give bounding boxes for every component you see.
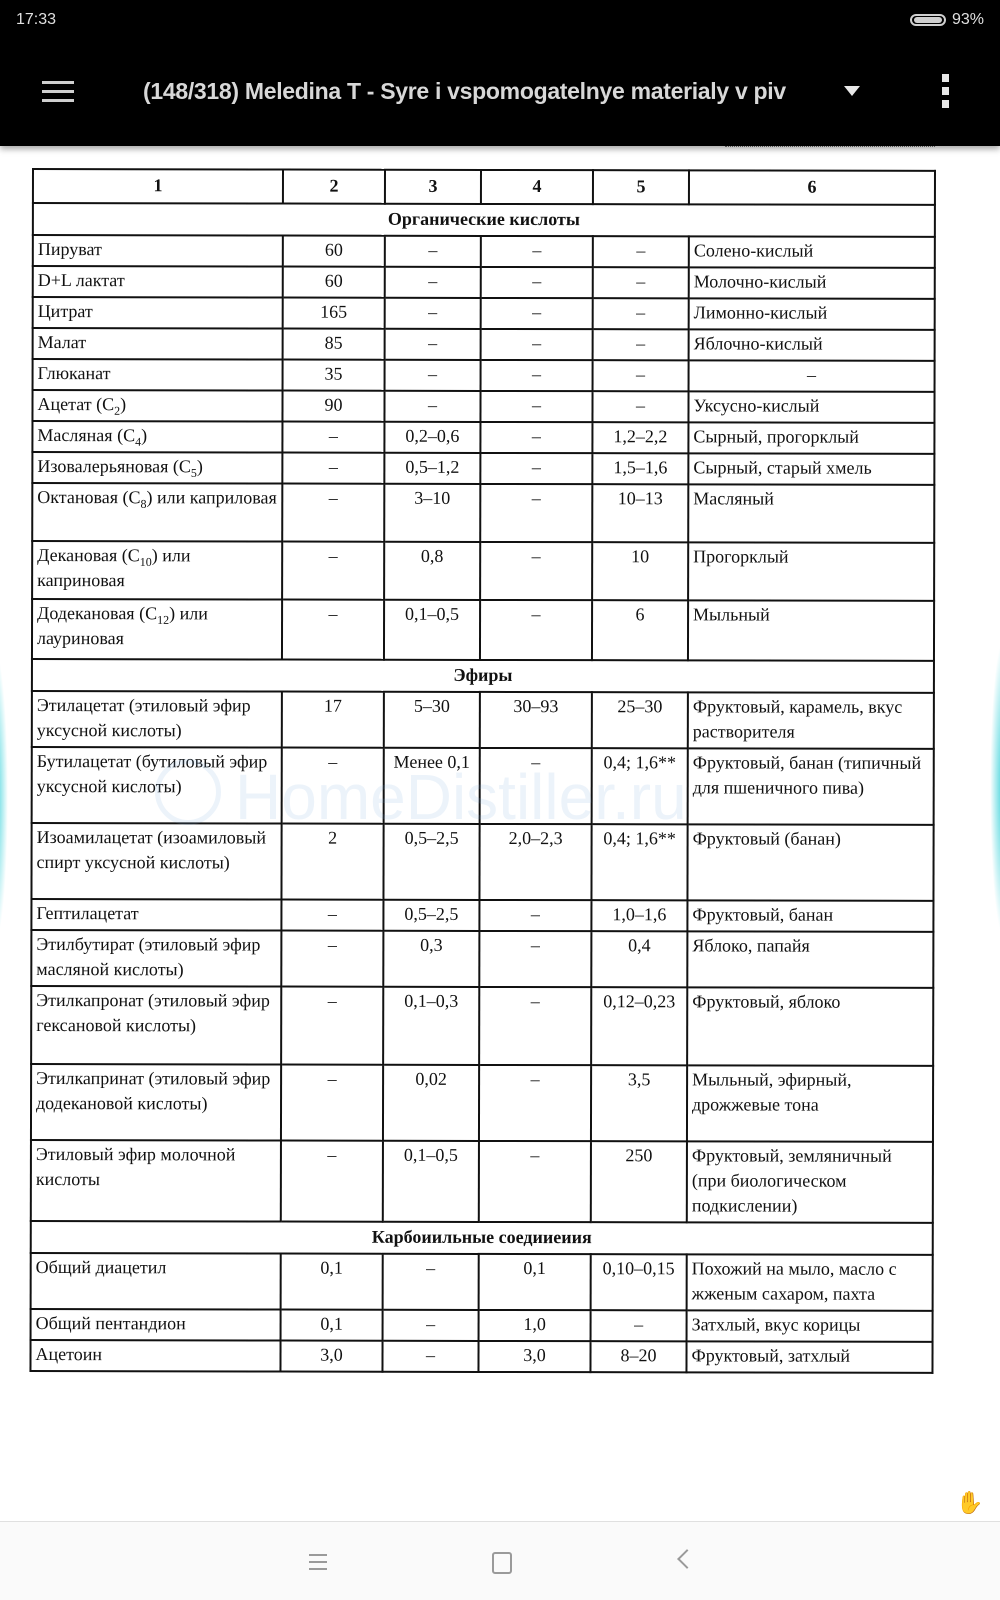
compound-name-suffix: ) xyxy=(141,425,147,445)
value-cell-c3: 0,1–0,5 xyxy=(383,1141,479,1222)
value-cell-c2: – xyxy=(282,600,384,660)
compound-name: Гептилацетат xyxy=(31,899,281,931)
value-cell-c5: – xyxy=(593,298,689,329)
value-cell-c2: 60 xyxy=(283,236,385,267)
edge-glow-left xyxy=(0,646,8,946)
value-cell-c5: – xyxy=(592,391,688,422)
table-row: Ацетат (C2)90–––Уксусно-кислый xyxy=(32,390,934,423)
value-cell-c3: 0,8 xyxy=(384,542,480,600)
value-cell-c2: – xyxy=(282,422,384,453)
value-cell-c2: 90 xyxy=(282,391,384,422)
column-header: 2 xyxy=(283,170,385,204)
vertical-dots-icon[interactable] xyxy=(940,74,950,110)
section-title: Карбоиильные соедииеиия xyxy=(31,1221,933,1255)
compound-name-text: Бутилацетат (бутиловый эфир уксусной кис… xyxy=(37,751,268,796)
value-cell-c5: 10 xyxy=(592,542,688,600)
flavor-description: Сырный, прогорклый xyxy=(688,422,934,454)
table-row: Цитрат165–––Лимонно-кислый xyxy=(33,297,935,330)
value-cell-c2: – xyxy=(281,1065,383,1141)
compound-name: Октановая (C8) или каприловая xyxy=(32,483,282,542)
compound-name: Декановая (C10) или каприновая xyxy=(32,541,282,600)
table-row: Этилбутират (этиловый эфир масляной кисл… xyxy=(31,930,933,988)
value-cell-c5: – xyxy=(593,236,689,267)
section-header-row: Органические кислоты xyxy=(33,203,935,237)
section-header-row: Карбоиильные соедииеиия xyxy=(31,1221,933,1255)
hand-pan-icon[interactable]: ✋ xyxy=(956,1490,983,1516)
value-cell-c3: 0,2–0,6 xyxy=(384,422,480,453)
compound-name-text: Этилацетат (этиловый эфир уксусной кисло… xyxy=(37,695,251,740)
value-cell-c4: – xyxy=(480,748,592,824)
value-cell-c5: 6 xyxy=(592,600,688,660)
value-cell-c2: 60 xyxy=(283,267,385,298)
table-row: Этиловый эфир молочной кислоты–0,1–0,5–2… xyxy=(31,1140,933,1223)
value-cell-c2: 165 xyxy=(283,298,385,329)
back-icon[interactable] xyxy=(677,1549,697,1569)
compound-name-text: Масляная (C xyxy=(37,425,135,445)
table-row: Этилкапринат (этиловый эфир додекановой … xyxy=(31,1064,933,1142)
compound-name-text: Изоамилацетат (изоамиловый спирт уксусно… xyxy=(37,827,267,872)
compound-name-text: Этилкапронат (этиловый эфир гексановой к… xyxy=(36,990,270,1035)
flavor-description: Фруктовый (банан) xyxy=(687,824,933,901)
value-cell-c5: 0,10–0,15 xyxy=(591,1254,687,1310)
navigation-bar xyxy=(0,1521,1000,1600)
value-cell-c3: – xyxy=(385,298,481,329)
value-cell-c5: 1,0–1,6 xyxy=(591,900,687,931)
compound-name-text: Этилкапринат (этиловый эфир додекановой … xyxy=(36,1068,270,1113)
value-cell-c3: – xyxy=(385,360,481,391)
value-cell-c2: – xyxy=(282,484,384,542)
value-cell-c2: 35 xyxy=(283,360,385,391)
value-cell-c4: – xyxy=(480,600,592,660)
header-row: 1 2 3 4 5 6 xyxy=(33,169,935,205)
value-cell-c2: 85 xyxy=(283,329,385,360)
table-row: Этилкапронат (этиловый эфир гексановой к… xyxy=(31,986,933,1066)
value-cell-c5: 10–13 xyxy=(592,484,688,542)
battery-icon xyxy=(910,14,946,26)
status-bar: 17:33 93% xyxy=(0,0,1000,44)
home-icon[interactable] xyxy=(492,1552,512,1574)
table-row: Этилацетат (этиловый эфир уксусной кисло… xyxy=(32,691,934,749)
table-row: Додекановая (C12) или лауриновая–0,1–0,5… xyxy=(32,599,934,661)
carbon-subscript: 10 xyxy=(140,555,152,569)
value-cell-c2: – xyxy=(281,931,383,987)
compound-name: Цитрат xyxy=(33,297,283,329)
flavor-description: Масляный xyxy=(688,484,934,543)
compound-name: Этилкапронат (этиловый эфир гексановой к… xyxy=(31,986,281,1065)
value-cell-c2: – xyxy=(281,987,383,1065)
compound-name: D+L лактат xyxy=(33,266,283,298)
compound-name: Ацетат (C2) xyxy=(32,390,282,422)
compound-name: Общий диацетил xyxy=(31,1253,281,1310)
compound-name-text: Общий диацетил xyxy=(36,1257,167,1277)
flavor-description: Мыльный xyxy=(688,600,934,661)
compound-name-text: Додекановая (C xyxy=(37,603,157,623)
compound-name-text: Ацетат (C xyxy=(37,394,114,414)
flavor-description: Фруктовый, земляничный (при биологическо… xyxy=(687,1141,933,1223)
section-title: Органические кислоты xyxy=(33,203,935,237)
value-cell-c4: – xyxy=(479,1141,591,1222)
value-cell-c3: 0,3 xyxy=(383,931,479,987)
value-cell-c4: 2,0–2,3 xyxy=(479,824,591,900)
value-cell-c4: – xyxy=(481,267,593,298)
value-cell-c4: – xyxy=(479,931,591,987)
value-cell-c2: 0,1 xyxy=(281,1254,383,1310)
table-row: Декановая (C10) или каприновая–0,8–10Про… xyxy=(32,541,934,601)
value-cell-c5: 3,5 xyxy=(591,1065,687,1141)
value-cell-c5: 0,4; 1,6** xyxy=(592,748,688,824)
value-cell-c3: 5–30 xyxy=(384,692,480,748)
value-cell-c4: – xyxy=(479,987,591,1065)
flavor-description: Яблочно-кислый xyxy=(689,329,935,361)
compound-name: Бутилацетат (бутиловый эфир уксусной кис… xyxy=(32,747,282,824)
value-cell-c3: Менее 0,1 xyxy=(384,748,480,824)
column-header: 1 xyxy=(33,169,283,204)
flavor-description: Яблоко, папайя xyxy=(687,931,933,988)
value-cell-c4: – xyxy=(481,236,593,267)
table-row: Общий диацетил0,1–0,10,10–0,15Похожий на… xyxy=(31,1253,933,1311)
compound-name-text: Глюканат xyxy=(38,363,111,383)
compound-name: Пируват xyxy=(33,235,283,267)
compound-name-text: Декановая (C xyxy=(37,545,140,565)
value-cell-c4: – xyxy=(480,453,592,484)
value-cell-c4: 1,0 xyxy=(479,1310,591,1341)
value-cell-c4: – xyxy=(479,1065,591,1141)
value-cell-c3: – xyxy=(385,236,481,267)
flavor-description: Мыльный, эфирный, дрожжевые тона xyxy=(687,1065,933,1142)
table-row: Пируват60–––Солено-кислый xyxy=(33,235,935,268)
value-cell-c3: – xyxy=(385,267,481,298)
hamburger-menu-icon[interactable] xyxy=(42,78,76,104)
compound-name-text: Этиловый эфир молочной кислоты xyxy=(36,1144,236,1189)
compound-name: Изовалерьяновая (C5) xyxy=(32,452,282,484)
value-cell-c2: 17 xyxy=(282,692,384,748)
table-row: Масляная (C4)–0,2–0,6–1,2–2,2Сырный, про… xyxy=(32,421,934,454)
value-cell-c2: 0,1 xyxy=(281,1310,383,1341)
column-header: 6 xyxy=(689,170,935,205)
value-cell-c4: – xyxy=(480,391,592,422)
document-title: (148/318) Meledina T - Syre i vspomogate… xyxy=(143,78,786,105)
table-row: Малат85–––Яблочно-кислый xyxy=(33,328,935,361)
flavor-description: Солено-кислый xyxy=(689,236,935,268)
compound-name-text: Этилбутират (этиловый эфир масляной кисл… xyxy=(36,934,260,979)
flavor-description: Лимонно-кислый xyxy=(689,298,935,330)
value-cell-c3: – xyxy=(382,1341,478,1372)
page-top-fragment xyxy=(725,146,935,147)
value-cell-c2: – xyxy=(281,1141,383,1222)
value-cell-c4: – xyxy=(481,360,593,391)
compound-name-text: Цитрат xyxy=(38,301,93,321)
compound-name-text: Малат xyxy=(38,332,87,352)
compound-name: Общий пентандион xyxy=(31,1309,281,1341)
compound-name: Этиловый эфир молочной кислоты xyxy=(31,1140,281,1222)
compound-name-text: Общий пентандион xyxy=(36,1313,186,1333)
compound-name-text: Изовалерьяновая (C xyxy=(37,456,191,476)
table-row: Бутилацетат (бутиловый эфир уксусной кис… xyxy=(32,747,934,825)
column-header: 4 xyxy=(481,170,593,204)
value-cell-c5: 0,4 xyxy=(591,931,687,987)
value-cell-c4: 30–93 xyxy=(480,692,592,748)
compound-name-suffix: ) xyxy=(120,394,126,414)
value-cell-c3: 0,1–0,3 xyxy=(383,987,479,1065)
column-header: 5 xyxy=(593,170,689,204)
flavor-description: Прогорклый xyxy=(688,542,934,601)
compound-name: Этилкапринат (этиловый эфир додекановой … xyxy=(31,1064,281,1141)
flavor-description: Фруктовый, банан (типичный для пшеничног… xyxy=(688,748,934,825)
flavor-description: Фруктовый, затхлый xyxy=(686,1341,932,1373)
value-cell-c2: – xyxy=(282,453,384,484)
value-cell-c3: – xyxy=(383,1310,479,1341)
compound-name-text: Пируват xyxy=(38,239,102,259)
table-row: Глюканат35–––– xyxy=(33,359,935,392)
table-row: Общий пентандион0,1–1,0–Затхлый, вкус ко… xyxy=(31,1309,933,1342)
compound-name: Этилбутират (этиловый эфир масляной кисл… xyxy=(31,930,281,987)
compound-name: Этилацетат (этиловый эфир уксусной кисло… xyxy=(32,691,282,748)
compound-name: Изоамилацетат (изоамиловый спирт уксусно… xyxy=(31,823,281,900)
value-cell-c5: – xyxy=(593,360,689,391)
value-cell-c5: 1,5–1,6 xyxy=(592,453,688,484)
column-header: 3 xyxy=(385,170,481,204)
table-row: D+L лактат60–––Молочно-кислый xyxy=(33,266,935,299)
value-cell-c3: 0,5–2,5 xyxy=(383,900,479,931)
value-cell-c3: 3–10 xyxy=(384,484,480,542)
value-cell-c4: – xyxy=(479,900,591,931)
value-cell-c5: 25–30 xyxy=(592,692,688,748)
table-row: Ацетоин3,0–3,08–20Фруктовый, затхлый xyxy=(30,1340,932,1373)
compound-name-suffix: ) или каприловая xyxy=(147,487,277,507)
value-cell-c5: 0,4; 1,6** xyxy=(591,824,687,900)
app-toolbar: (148/318) Meledina T - Syre i vspomogate… xyxy=(0,44,1000,146)
value-cell-c5: 1,2–2,2 xyxy=(592,422,688,453)
section-title: Эфиры xyxy=(32,659,934,693)
value-cell-c2: 2 xyxy=(281,824,383,900)
compound-name-text: Ацетоин xyxy=(35,1344,102,1364)
compound-name-text: Октановая (C xyxy=(37,487,140,507)
carbon-subscript: 12 xyxy=(157,613,169,627)
value-cell-c4: – xyxy=(480,484,592,542)
table-row: Гептилацетат–0,5–2,5–1,0–1,6Фруктовый, б… xyxy=(31,899,933,932)
table-row: Изоамилацетат (изоамиловый спирт уксусно… xyxy=(31,823,933,901)
compound-name: Малат xyxy=(33,328,283,360)
value-cell-c5: – xyxy=(593,329,689,360)
value-cell-c5: – xyxy=(591,1310,687,1341)
flavor-description: Фруктовый, банан xyxy=(687,900,933,932)
value-cell-c4: – xyxy=(481,298,593,329)
document-page[interactable]: HomeDistiller.ru 1 2 3 4 5 6 Органически… xyxy=(0,146,1000,1521)
flavor-description: Похожий на мыло, масло с жженым сахаром,… xyxy=(687,1254,933,1311)
section-header-row: Эфиры xyxy=(32,659,934,693)
compound-name: Додекановая (C12) или лауриновая xyxy=(32,599,282,660)
flavor-description: Уксусно-кислый xyxy=(688,391,934,423)
value-cell-c5: – xyxy=(593,267,689,298)
clock: 17:33 xyxy=(16,11,56,29)
value-cell-c3: – xyxy=(383,1254,479,1310)
value-cell-c4: – xyxy=(480,422,592,453)
flavor-description: Фруктовый, яблоко xyxy=(687,987,933,1066)
value-cell-c4: – xyxy=(480,542,592,600)
value-cell-c4: 3,0 xyxy=(478,1341,590,1372)
flavor-description: Молочно-кислый xyxy=(689,267,935,299)
compound-name-text: Гептилацетат xyxy=(36,903,138,923)
value-cell-c3: 0,1–0,5 xyxy=(384,600,480,660)
value-cell-c5: 8–20 xyxy=(590,1341,686,1372)
edge-glow-right xyxy=(990,638,1000,938)
flavor-description: Фруктовый, карамель, вкус растворителя xyxy=(688,692,934,749)
value-cell-c3: – xyxy=(384,391,480,422)
value-cell-c4: 0,1 xyxy=(479,1254,591,1310)
value-cell-c4: – xyxy=(481,329,593,360)
value-cell-c3: 0,5–2,5 xyxy=(383,824,479,900)
compound-name: Глюканат xyxy=(33,359,283,391)
value-cell-c5: 0,12–0,23 xyxy=(591,987,687,1065)
flavor-description: Затхлый, вкус корицы xyxy=(687,1310,933,1342)
value-cell-c5: 250 xyxy=(591,1141,687,1222)
battery-indicator: 93% xyxy=(910,11,984,29)
recent-apps-icon[interactable] xyxy=(309,1554,327,1570)
value-cell-c2: – xyxy=(282,748,384,824)
value-cell-c3: 0,02 xyxy=(383,1065,479,1141)
compound-name: Масляная (C4) xyxy=(32,421,282,453)
battery-percent: 93% xyxy=(952,11,984,29)
table-row: Октановая (C8) или каприловая–3–10–10–13… xyxy=(32,483,934,543)
value-cell-c2: – xyxy=(281,900,383,931)
value-cell-c3: – xyxy=(385,329,481,360)
value-cell-c3: 0,5–1,2 xyxy=(384,453,480,484)
value-cell-c2: 3,0 xyxy=(280,1341,382,1372)
value-cell-c2: – xyxy=(282,542,384,600)
data-table: 1 2 3 4 5 6 Органические кислотыПируват6… xyxy=(29,168,936,1374)
flavor-description: – xyxy=(689,360,935,392)
compound-name-text: D+L лактат xyxy=(38,270,125,290)
table-row: Изовалерьяновая (C5)–0,5–1,2–1,5–1,6Сырн… xyxy=(32,452,934,485)
triangle-down-icon[interactable] xyxy=(844,86,860,96)
flavor-description: Сырный, старый хмель xyxy=(688,453,934,485)
compound-name: Ацетоин xyxy=(30,1340,280,1372)
compound-name-suffix: ) xyxy=(197,456,203,476)
